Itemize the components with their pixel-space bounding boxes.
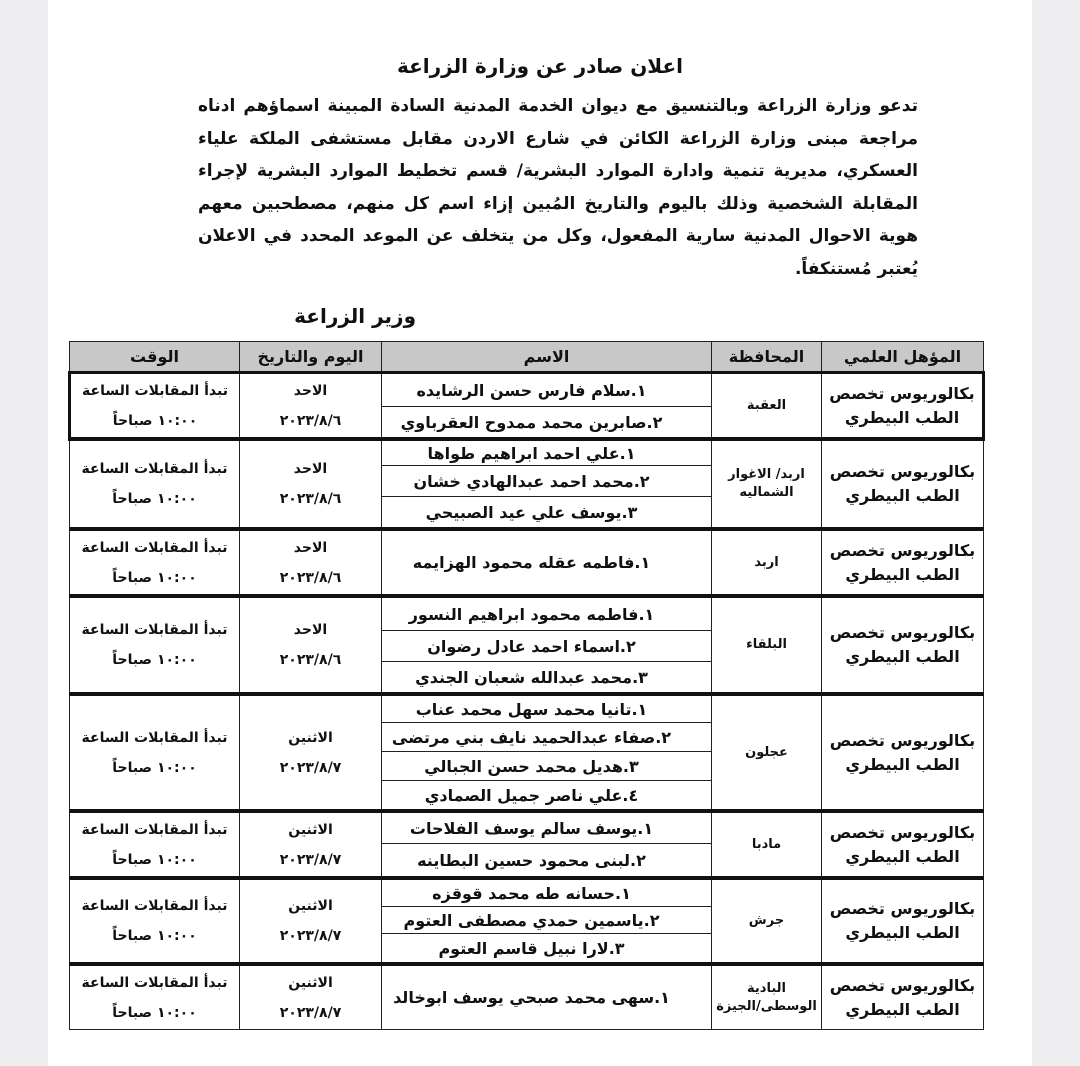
start-time: ١٠:٠٠ صباحاً <box>70 563 239 593</box>
announcement-body: تدعو وزارة الزراعة وبالتنسيق مع ديوان ال… <box>198 90 918 285</box>
qualification-line: بكالوريوس تخصص <box>822 539 983 563</box>
candidate-name-cell: ٢.اسماء احمد عادل رضوان <box>382 631 712 662</box>
qualification-cell: بكالوريوس تخصصالطب البيطري <box>822 694 984 811</box>
qualification-line: بكالوريوس تخصص <box>822 382 982 406</box>
time-cell: تبدأ المقابلات الساعة١٠:٠٠ صباحاً <box>70 529 240 596</box>
interview-date: ٢٠٢٣/٨/٦ <box>240 406 381 436</box>
governorate-line: العقبة <box>712 397 821 415</box>
candidate-name-cell: ٣.لارا نبيل قاسم العتوم <box>382 934 712 965</box>
candidate-name-cell: ٣.محمد عبدالله شعبان الجندي <box>382 662 712 695</box>
governorate-line: الشماليه <box>712 484 821 502</box>
schedule-group: بكالوريوس تخصصالطب البيطريمادبا١.يوسف سا… <box>70 811 984 878</box>
time-cell: تبدأ المقابلات الساعة١٠:٠٠ صباحاً <box>70 964 240 1030</box>
interview-date: ٢٠٢٣/٨/٦ <box>240 484 381 514</box>
candidate-name-cell: ١.تانيا محمد سهل محمد عناب <box>382 694 712 723</box>
start-time: ١٠:٠٠ صباحاً <box>70 998 239 1028</box>
table-row: بكالوريوس تخصصالطب البيطريعجلون١.تانيا م… <box>70 694 984 723</box>
time-text: تبدأ المقابلات الساعة <box>70 533 239 563</box>
qualification-cell: بكالوريوس تخصصالطب البيطري <box>822 811 984 878</box>
governorate-line: اربد <box>712 554 821 572</box>
governorate-line: الوسطى/الجيزة <box>712 998 821 1016</box>
qualification-cell: بكالوريوس تخصصالطب البيطري <box>822 529 984 596</box>
interview-day: الاحد <box>240 533 381 563</box>
governorate-cell: البلقاء <box>712 596 822 694</box>
document-page: اعلان صادر عن وزارة الزراعة تدعو وزارة ا… <box>48 0 1032 1066</box>
table-row: بكالوريوس تخصصالطب البيطريالباديةالوسطى/… <box>70 964 984 1030</box>
candidate-name-cell: ١.فاطمه عقله محمود الهزايمه <box>382 529 712 596</box>
governorate-line: اربد/ الاغوار <box>712 466 821 484</box>
interview-day: الاثنين <box>240 815 381 845</box>
schedule-group: بكالوريوس تخصصالطب البيطريعجلون١.تانيا م… <box>70 694 984 811</box>
start-time: ١٠:٠٠ صباحاً <box>70 645 239 675</box>
interview-date: ٢٠٢٣/٨/٧ <box>240 921 381 951</box>
candidate-name-cell: ١.سلام فارس حسن الرشايده <box>382 373 712 407</box>
time-cell: تبدأ المقابلات الساعة١٠:٠٠ صباحاً <box>70 811 240 878</box>
time-cell: تبدأ المقابلات الساعة١٠:٠٠ صباحاً <box>70 439 240 529</box>
time-cell: تبدأ المقابلات الساعة١٠:٠٠ صباحاً <box>70 694 240 811</box>
qualification-cell: بكالوريوس تخصصالطب البيطري <box>822 878 984 964</box>
governorate-cell: اربد <box>712 529 822 596</box>
time-text: تبدأ المقابلات الساعة <box>70 891 239 921</box>
interview-day: الاحد <box>240 615 381 645</box>
interview-date: ٢٠٢٣/٨/٦ <box>240 563 381 593</box>
start-time: ١٠:٠٠ صباحاً <box>70 845 239 875</box>
governorate-cell: مادبا <box>712 811 822 878</box>
qualification-cell: بكالوريوس تخصصالطب البيطري <box>822 439 984 529</box>
governorate-line: جرش <box>712 912 821 930</box>
schedule-group: بكالوريوس تخصصالطب البيطريالبلقاء١.فاطمه… <box>70 596 984 694</box>
table-row: بكالوريوس تخصصالطب البيطرياربد/ الاغوارا… <box>70 439 984 466</box>
qualification-cell: بكالوريوس تخصصالطب البيطري <box>822 596 984 694</box>
candidate-name-cell: ١.فاطمه محمود ابراهيم النسور <box>382 596 712 631</box>
schedule-group: بكالوريوس تخصصالطب البيطريجرش١.حسانه طه … <box>70 878 984 964</box>
candidate-name-cell: ١.يوسف سالم يوسف الفلاحات <box>382 811 712 844</box>
governorate-cell: عجلون <box>712 694 822 811</box>
interview-date: ٢٠٢٣/٨/٧ <box>240 753 381 783</box>
qualification-cell: بكالوريوس تخصصالطب البيطري <box>822 373 984 440</box>
table-row: بكالوريوس تخصصالطب البيطرياربد١.فاطمه عق… <box>70 529 984 596</box>
header-day-date: اليوم والتاريخ <box>240 342 382 373</box>
qualification-line: الطب البيطري <box>822 845 983 869</box>
day-date-cell: الاحد٢٠٢٣/٨/٦ <box>240 529 382 596</box>
candidate-name-cell: ٢.صفاء عبدالحميد نايف بني مرتضى <box>382 723 712 752</box>
interview-day: الاحد <box>240 376 381 406</box>
schedule-group: بكالوريوس تخصصالطب البيطريالباديةالوسطى/… <box>70 964 984 1030</box>
interview-day: الاثنين <box>240 723 381 753</box>
day-date-cell: الاحد٢٠٢٣/٨/٦ <box>240 439 382 529</box>
header-qualification: المؤهل العلمي <box>822 342 984 373</box>
interview-date: ٢٠٢٣/٨/٧ <box>240 998 381 1028</box>
candidate-name-cell: ٢.محمد احمد عبدالهادي خشان <box>382 466 712 497</box>
table-row: بكالوريوس تخصصالطب البيطريالبلقاء١.فاطمه… <box>70 596 984 631</box>
header-name: الاسم <box>382 342 712 373</box>
governorate-cell: العقبة <box>712 373 822 440</box>
qualification-line: بكالوريوس تخصص <box>822 621 983 645</box>
candidate-name-cell: ٢.صابرين محمد ممدوح العقرباوي <box>382 407 712 440</box>
qualification-line: بكالوريوس تخصص <box>822 460 983 484</box>
schedule-group: بكالوريوس تخصصالطب البيطريالعقبة١.سلام ف… <box>70 373 984 440</box>
start-time: ١٠:٠٠ صباحاً <box>70 753 239 783</box>
interview-day: الاثنين <box>240 968 381 998</box>
time-cell: تبدأ المقابلات الساعة١٠:٠٠ صباحاً <box>70 373 240 440</box>
day-date-cell: الاحد٢٠٢٣/٨/٦ <box>240 596 382 694</box>
time-text: تبدأ المقابلات الساعة <box>71 376 239 406</box>
qualification-line: الطب البيطري <box>822 998 983 1022</box>
qualification-line: بكالوريوس تخصص <box>822 897 983 921</box>
candidate-name-cell: ٣.هديل محمد حسن الجبالي <box>382 752 712 781</box>
governorate-line: مادبا <box>712 836 821 854</box>
interview-schedule-table: المؤهل العلمي المحافظة الاسم اليوم والتا… <box>68 341 985 1030</box>
candidate-name-cell: ٣.يوسف علي عيد الصبيحي <box>382 497 712 530</box>
start-time: ١٠:٠٠ صباحاً <box>70 921 239 951</box>
qualification-line: الطب البيطري <box>822 406 982 430</box>
table-row: بكالوريوس تخصصالطب البيطريالعقبة١.سلام ف… <box>70 373 984 407</box>
governorate-line: عجلون <box>712 744 821 762</box>
day-date-cell: الاثنين٢٠٢٣/٨/٧ <box>240 878 382 964</box>
candidate-name-cell: ٢.لبنى محمود حسين البطاينه <box>382 844 712 879</box>
header-time: الوقت <box>70 342 240 373</box>
table-header-row: المؤهل العلمي المحافظة الاسم اليوم والتا… <box>70 342 984 373</box>
qualification-line: الطب البيطري <box>822 484 983 508</box>
qualification-line: بكالوريوس تخصص <box>822 974 983 998</box>
start-time: ١٠:٠٠ صباحاً <box>71 406 239 436</box>
candidate-name-cell: ١.علي احمد ابراهيم طواها <box>382 439 712 466</box>
governorate-cell: جرش <box>712 878 822 964</box>
interview-date: ٢٠٢٣/٨/٦ <box>240 645 381 675</box>
time-cell: تبدأ المقابلات الساعة١٠:٠٠ صباحاً <box>70 596 240 694</box>
candidate-name-cell: ١.حسانه طه محمد قوقزه <box>382 878 712 907</box>
qualification-line: الطب البيطري <box>822 921 983 945</box>
interview-date: ٢٠٢٣/٨/٧ <box>240 845 381 875</box>
qualification-line: الطب البيطري <box>822 753 983 777</box>
qualification-line: الطب البيطري <box>822 563 983 587</box>
table-row: بكالوريوس تخصصالطب البيطريمادبا١.يوسف سا… <box>70 811 984 844</box>
day-date-cell: الاحد٢٠٢٣/٨/٦ <box>240 373 382 440</box>
interview-day: الاحد <box>240 454 381 484</box>
day-date-cell: الاثنين٢٠٢٣/٨/٧ <box>240 694 382 811</box>
interview-day: الاثنين <box>240 891 381 921</box>
header-governorate: المحافظة <box>712 342 822 373</box>
time-cell: تبدأ المقابلات الساعة١٠:٠٠ صباحاً <box>70 878 240 964</box>
table-row: بكالوريوس تخصصالطب البيطريجرش١.حسانه طه … <box>70 878 984 907</box>
time-text: تبدأ المقابلات الساعة <box>70 615 239 645</box>
time-text: تبدأ المقابلات الساعة <box>70 815 239 845</box>
candidate-name-cell: ٢.ياسمين حمدي مصطفى العتوم <box>382 907 712 934</box>
governorate-cell: اربد/ الاغوارالشماليه <box>712 439 822 529</box>
qualification-line: الطب البيطري <box>822 645 983 669</box>
qualification-line: بكالوريوس تخصص <box>822 821 983 845</box>
qualification-line: بكالوريوس تخصص <box>822 729 983 753</box>
governorate-cell: الباديةالوسطى/الجيزة <box>712 964 822 1030</box>
candidate-name-cell: ١.سهى محمد صبحي يوسف ابوخالد <box>382 964 712 1030</box>
start-time: ١٠:٠٠ صباحاً <box>70 484 239 514</box>
governorate-line: البلقاء <box>712 636 821 654</box>
qualification-cell: بكالوريوس تخصصالطب البيطري <box>822 964 984 1030</box>
time-text: تبدأ المقابلات الساعة <box>70 723 239 753</box>
time-text: تبدأ المقابلات الساعة <box>70 454 239 484</box>
schedule-group: بكالوريوس تخصصالطب البيطرياربد١.فاطمه عق… <box>70 529 984 596</box>
time-text: تبدأ المقابلات الساعة <box>70 968 239 998</box>
announcement-title: اعلان صادر عن وزارة الزراعة <box>48 54 1032 78</box>
governorate-line: البادية <box>712 980 821 998</box>
minister-signature: وزير الزراعة <box>196 304 416 328</box>
schedule-group: بكالوريوس تخصصالطب البيطرياربد/ الاغوارا… <box>70 439 984 529</box>
candidate-name-cell: ٤.علي ناصر جميل الصمادي <box>382 781 712 812</box>
day-date-cell: الاثنين٢٠٢٣/٨/٧ <box>240 811 382 878</box>
day-date-cell: الاثنين٢٠٢٣/٨/٧ <box>240 964 382 1030</box>
